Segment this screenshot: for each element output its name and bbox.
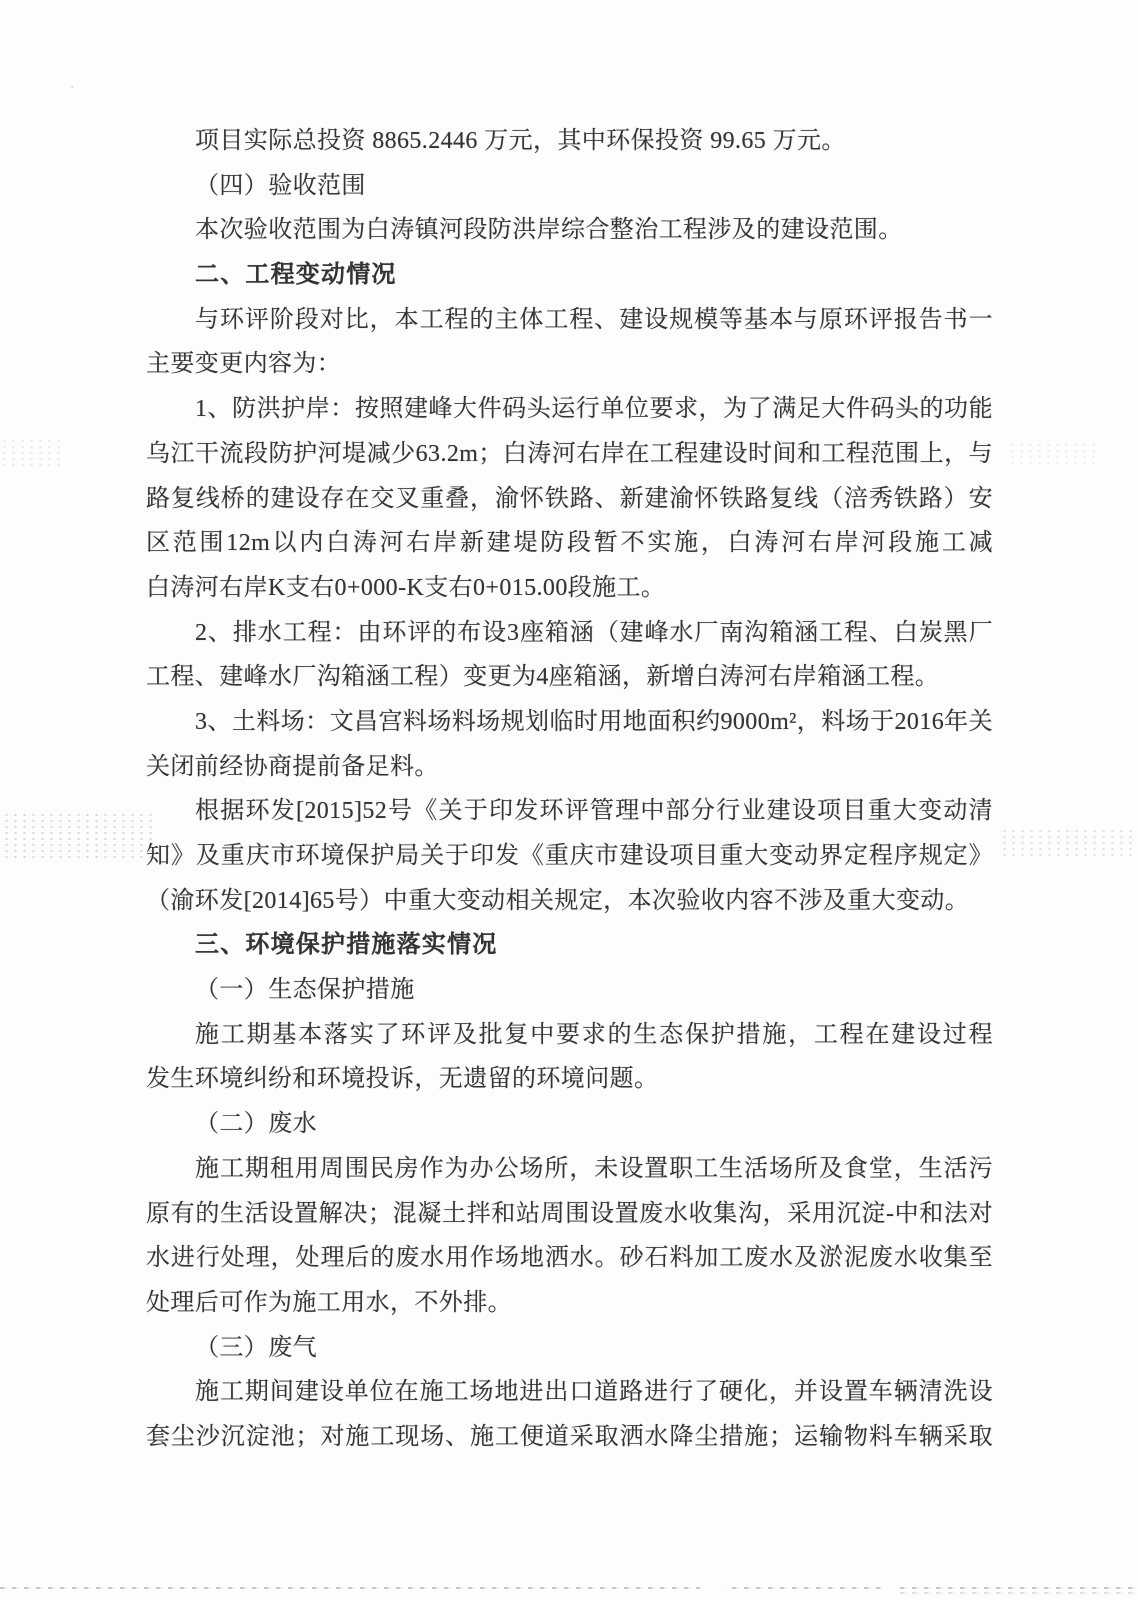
scan-artifact [0, 438, 62, 468]
paragraph-line: 与环评阶段对比，本工程的主体工程、建设规模等基本与原环评报告书一致，其 [146, 298, 993, 343]
paragraph-line: （渝环发[2014]65号）中重大变动相关规定，本次验收内容不涉及重大变动。 [146, 879, 993, 924]
paragraph-line: 区范围12m以内白涛河右岸新建堤防段暂不实施，白涛河右岸河段施工减55.71m；… [146, 521, 993, 566]
paragraph-line: 原有的生活设置解决；混凝土拌和站周围设置废水收集沟，采用沉淀-中和法对碱性废 [146, 1192, 993, 1237]
paragraph-line: 工程、建峰水厂沟箱涵工程）变更为4座箱涵，新增白涛河右岸箱涵工程。 [146, 655, 993, 700]
paragraph-line: 本次验收范围为白涛镇河段防洪岸综合整治工程涉及的建设范围。 [146, 208, 993, 253]
scan-line-gap [700, 1585, 726, 1591]
subsection-heading: （二）废水 [146, 1102, 993, 1147]
paragraph-line: 水进行处理，处理后的废水用作场地洒水。砂石料加工废水及淤泥废水收集至沉淀池 [146, 1236, 993, 1281]
paragraph-line: 施工期基本落实了环评及批复中要求的生态保护措施，工程在建设过程中，没有 [146, 1013, 993, 1058]
paragraph-line: 项目实际总投资 8865.2446 万元，其中环保投资 99.65 万元。 [146, 119, 993, 164]
section-heading: 三、环境保护措施落实情况 [146, 923, 993, 968]
scan-artifact [1000, 828, 1132, 856]
paragraph-line: 乌江干流段防护河堤减少63.2m；白涛河右岸在工程建设时间和工程范围上，与渝怀铁 [146, 432, 993, 477]
subsection-heading: （三）废气 [146, 1326, 993, 1371]
paragraph-line: 关闭前经协商提前备足料。 [146, 745, 993, 790]
paragraph-line: 施工期租用周围民房作为办公场所，未设置职工生活场所及食堂，生活污水依托 [146, 1147, 993, 1192]
scan-line-artifact [900, 1592, 1138, 1594]
paragraph-line: 套尘沙沉淀池；对施工现场、施工便道采取洒水降尘措施；运输物料车辆采取密闭运 [146, 1415, 993, 1460]
section-heading: 二、工程变动情况 [146, 253, 993, 298]
document-page: 项目实际总投资 8865.2446 万元，其中环保投资 99.65 万元。（四）… [0, 0, 1138, 1600]
paragraph-line: 1、防洪护岸：按照建峰大件码头运行单位要求，为了满足大件码头的功能需要， [146, 387, 993, 432]
subsection-heading: （一）生态保护措施 [146, 968, 993, 1013]
scan-artifact [1008, 442, 1098, 464]
scan-line-gap [882, 1585, 898, 1591]
paragraph-line: 知》及重庆市环境保护局关于印发《重庆市建设项目重大变动界定程序规定》的通知 [146, 834, 993, 879]
paragraph-line: 发生环境纠纷和环境投诉，无遗留的环境问题。 [146, 1057, 993, 1102]
paragraph-line: 白涛河右岸K支右0+000-K支右0+015.00段施工。 [146, 566, 993, 611]
paragraph-line: 2、排水工程：由环评的布设3座箱涵（建峰水厂南沟箱涵工程、白炭黑厂沟箱涵 [146, 611, 993, 656]
paragraph-line: 根据环发[2015]52号《关于印发环评管理中部分行业建设项目重大变动清单的通 [146, 789, 993, 834]
scan-artifact [2, 812, 152, 858]
subsection-heading: （四）验收范围 [146, 164, 993, 209]
paragraph-line: 路复线桥的建设存在交叉重叠，渝怀铁路、新建渝怀铁路复线（涪秀铁路）安全保护 [146, 477, 993, 522]
document-text: 项目实际总投资 8865.2446 万元，其中环保投资 99.65 万元。（四）… [146, 119, 993, 1460]
paragraph-line: 3、土料场：文昌宫料场料场规划临时用地面积约9000m²，料场于2016年关闭安… [146, 700, 993, 745]
paragraph-line: 施工期间建设单位在施工场地进出口道路进行了硬化，并设置车辆清洗设施及配 [146, 1370, 993, 1415]
paragraph-line: 主要变更内容为： [146, 342, 993, 387]
scan-artifact [68, 84, 80, 92]
paragraph-line: 处理后可作为施工用水，不外排。 [146, 1281, 993, 1326]
scan-line-artifact [0, 1587, 1138, 1589]
